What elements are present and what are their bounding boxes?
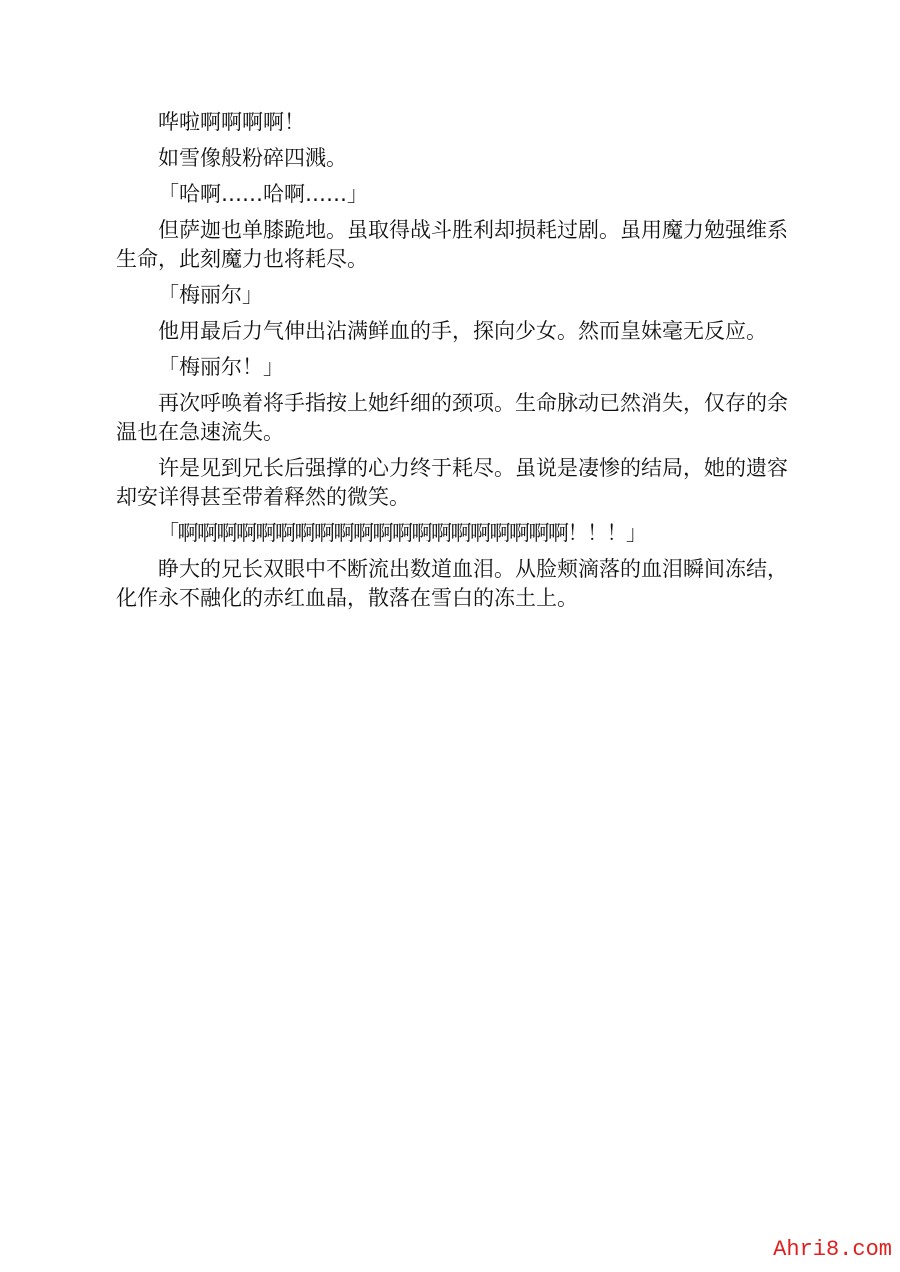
- paragraph-6: 许是见到兄长后强撑的心力终于耗尽。虽说是凄惨的结局，她的遗容却安详得甚至带着释然…: [116, 454, 788, 512]
- dialog-line-1: 「哈啊……哈啊……」: [116, 180, 788, 209]
- dialog-line-3: 「梅丽尔！」: [116, 353, 788, 382]
- paragraph-7: 睁大的兄长双眼中不断流出数道血泪。从脸颊滴落的血泪瞬间冻结，化作永不融化的赤红血…: [116, 555, 788, 613]
- document-body: 哗啦啊啊啊啊！ 如雪像般粉碎四溅。 「哈啊……哈啊……」 但萨迦也单膝跪地。虽取…: [116, 108, 788, 620]
- dialog-line-4: 「啊啊啊啊啊啊啊啊啊啊啊啊啊啊啊啊啊啊啊啊！！！」: [116, 519, 788, 548]
- paragraph-4: 他用最后力气伸出沾满鲜血的手，探向少女。然而皇妹毫无反应。: [116, 317, 788, 346]
- paragraph-5: 再次呼唤着将手指按上她纤细的颈项。生命脉动已然消失，仅存的余温也在急速流失。: [116, 389, 788, 447]
- paragraph-2: 如雪像般粉碎四溅。: [116, 144, 788, 173]
- watermark: Ahri8.com: [773, 1237, 892, 1262]
- paragraph-3: 但萨迦也单膝跪地。虽取得战斗胜利却损耗过剧。虽用魔力勉强维系生命，此刻魔力也将耗…: [116, 216, 788, 274]
- dialog-line-2: 「梅丽尔」: [116, 281, 788, 310]
- paragraph-1: 哗啦啊啊啊啊！: [116, 108, 788, 137]
